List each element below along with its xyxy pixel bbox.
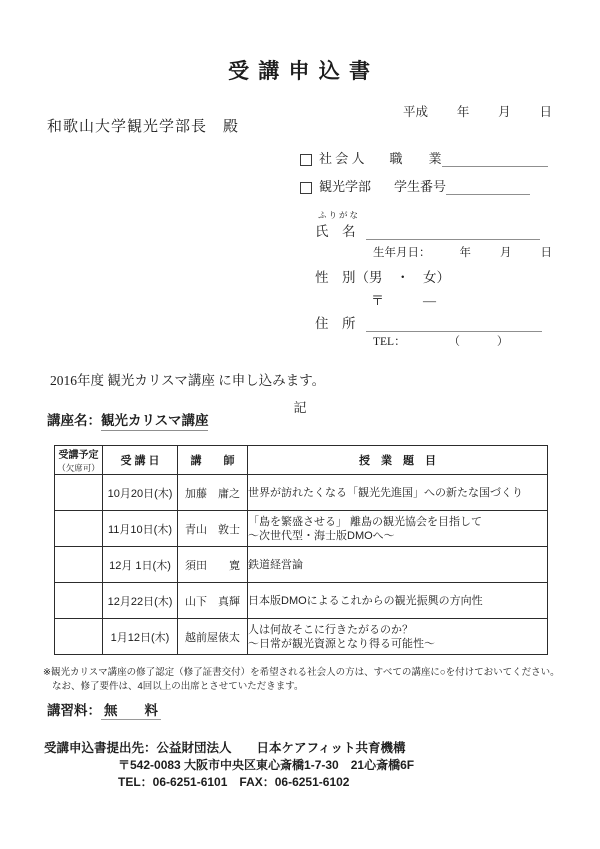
lecture-topic: 日本版DMOによるこれからの観光振興の方向性 [248,583,548,619]
day-unit: 日 [539,102,552,120]
table-row: 10月20日(木)加藤 庸之世界が訪れたくなる「観光先進国」への新たな国づくり [55,475,548,511]
lecture-topic-line1: 「島を繁盛させる」 離島の観光協会を目指して [248,515,547,529]
note-line-1: ※観光カリスマ講座の修了認定（修了証書交付）を希望される社会人の方は、すべての講… [43,664,560,678]
occupation-label: 職 業 [390,148,442,167]
lecturer-name: 山下 真輝 [178,583,248,619]
address-row: 住 所 [315,312,542,332]
era-date-line: 平成 年 月 日 [403,102,552,120]
lecture-topic: 世界が訪れたくなる「観光先進国」への新たな国づくり [248,475,548,511]
kankogakubu-label: 観光学部 [319,176,371,195]
address-field[interactable] [366,317,542,332]
lecture-date: 11月10日(木) [103,511,178,547]
tel-row: TEL： （ ） [373,333,508,349]
fee-value: 無 料 [101,703,161,720]
addressee: 和歌山大学観光学部長 殿 [47,115,239,136]
course-name-row: 講座名：観光カリスマ講座 [47,409,208,429]
tel-label: TEL： [373,336,406,348]
name-label: 氏 名 [315,220,356,240]
course-name-value: 観光カリスマ講座 [101,413,208,431]
course-name-label: 講座名： [47,413,101,428]
lecturer-name: 須田 寛 [178,547,248,583]
lecture-date: 12月22日(木) [103,583,178,619]
lecture-topic-line1: 鉄道経営論 [248,558,547,572]
header-lecturer: 講 師 [178,446,248,475]
gender-line: 性 別（男 ・ 女） [315,266,450,286]
fee-label: 講習料： [47,703,101,718]
faculty-student-row: 観光学部 学生番号 [300,176,530,195]
course-table-body: 10月20日(木)加藤 庸之世界が訪れたくなる「観光先進国」への新たな国づくり1… [55,475,548,655]
shakaijin-label: 社 会 人 [319,148,365,167]
header-date: 受 講 日 [103,446,178,475]
lecturer-name: 越前屋俵太 [178,619,248,655]
table-row: 1月12日(木)越前屋俵太人は何故そこに行きたがるのか？～日常が観光資源となり得… [55,619,548,655]
lecture-topic: 人は何故そこに行きたがるのか？～日常が観光資源となり得る可能性～ [248,619,548,655]
name-field[interactable] [366,225,540,240]
attendance-mark-cell[interactable] [55,583,103,619]
application-statement: 2016年度 観光カリスマ講座 に申し込みます。 [50,369,325,389]
checkbox-kankogakubu[interactable] [300,182,312,194]
header-topic: 授 業 題 目 [248,446,548,475]
lecture-date: 1月12日(木) [103,619,178,655]
attendance-mark-cell[interactable] [55,547,103,583]
lecture-date: 10月20日(木) [103,475,178,511]
attendance-mark-cell[interactable] [55,511,103,547]
tel-paren-close: ） [497,336,509,348]
course-schedule-table: 受講予定 （欠席可） 受 講 日 講 師 授 業 題 目 10月20日(木)加藤… [54,445,548,655]
lecture-topic-line1: 世界が訪れたくなる「観光先進国」への新たな国づくり [248,486,547,500]
student-number-label: 学生番号 [394,176,446,195]
lecture-topic: 「島を繁盛させる」 離島の観光協会を目指して～次世代型・海士版DMOへ～ [248,511,548,547]
social-member-row: 社 会 人 職 業 [300,148,548,167]
lecture-topic-line1: 日本版DMOによるこれからの観光振興の方向性 [248,594,547,608]
postal-code-line[interactable]: 〒 ― [371,290,436,309]
name-row: 氏 名 [315,220,540,240]
lecture-date: 12月 1日(木) [103,547,178,583]
lecture-topic-line1: 人は何故そこに行きたがるのか？ [248,623,547,637]
month-unit: 月 [498,102,511,120]
lecturer-name: 加藤 庸之 [178,475,248,511]
address-label: 住 所 [315,312,356,332]
submission-line-2: 〒542-0083 大阪市中央区東心斎橋1-7-30 21心斎橋6F [118,756,414,773]
lecture-topic-line2: ～日常が観光資源となり得る可能性～ [248,637,547,651]
table-row: 12月22日(木)山下 真輝日本版DMOによるこれからの観光振興の方向性 [55,583,548,619]
lecturer-name: 青山 敦士 [178,511,248,547]
year-unit: 年 [457,102,470,120]
submission-line-1: 受講申込書提出先：公益財団法人 日本ケアフィット共育機構 [44,738,406,756]
attendance-mark-cell[interactable] [55,475,103,511]
student-number-field[interactable] [446,180,530,195]
birth-month-unit: 月 [500,244,512,260]
birthdate-row: 生年月日： 年 月 日 [373,244,552,260]
page-title: 受 講 申 込 書 [0,55,600,85]
table-row: 11月10日(木)青山 敦士「島を繁盛させる」 離島の観光協会を目指して～次世代… [55,511,548,547]
note-line-2: なお、修了要件は、4回以上の出席とさせていただきます。 [52,678,304,692]
table-row: 12月 1日(木)須田 寛鉄道経営論 [55,547,548,583]
lecture-topic-line2: ～次世代型・海士版DMOへ～ [248,529,547,543]
attendance-mark-cell[interactable] [55,619,103,655]
occupation-field[interactable] [442,152,548,167]
checkbox-shakaijin[interactable] [300,154,312,166]
fee-row: 講習料：無 料 [47,699,161,719]
birthdate-label: 生年月日： [373,244,431,260]
table-header-row: 受講予定 （欠席可） 受 講 日 講 師 授 業 題 目 [55,446,548,475]
birth-day-unit: 日 [541,244,553,260]
birth-year-unit: 年 [460,244,472,260]
submission-line-3: TEL：06-6251-6101 FAX：06-6251-6102 [118,773,349,790]
lecture-topic: 鉄道経営論 [248,547,548,583]
tel-paren-open: （ [448,336,460,348]
era-label: 平成 [403,102,428,120]
header-attendance: 受講予定 （欠席可） [55,446,103,475]
header-attendance-sub: （欠席可） [55,462,102,474]
